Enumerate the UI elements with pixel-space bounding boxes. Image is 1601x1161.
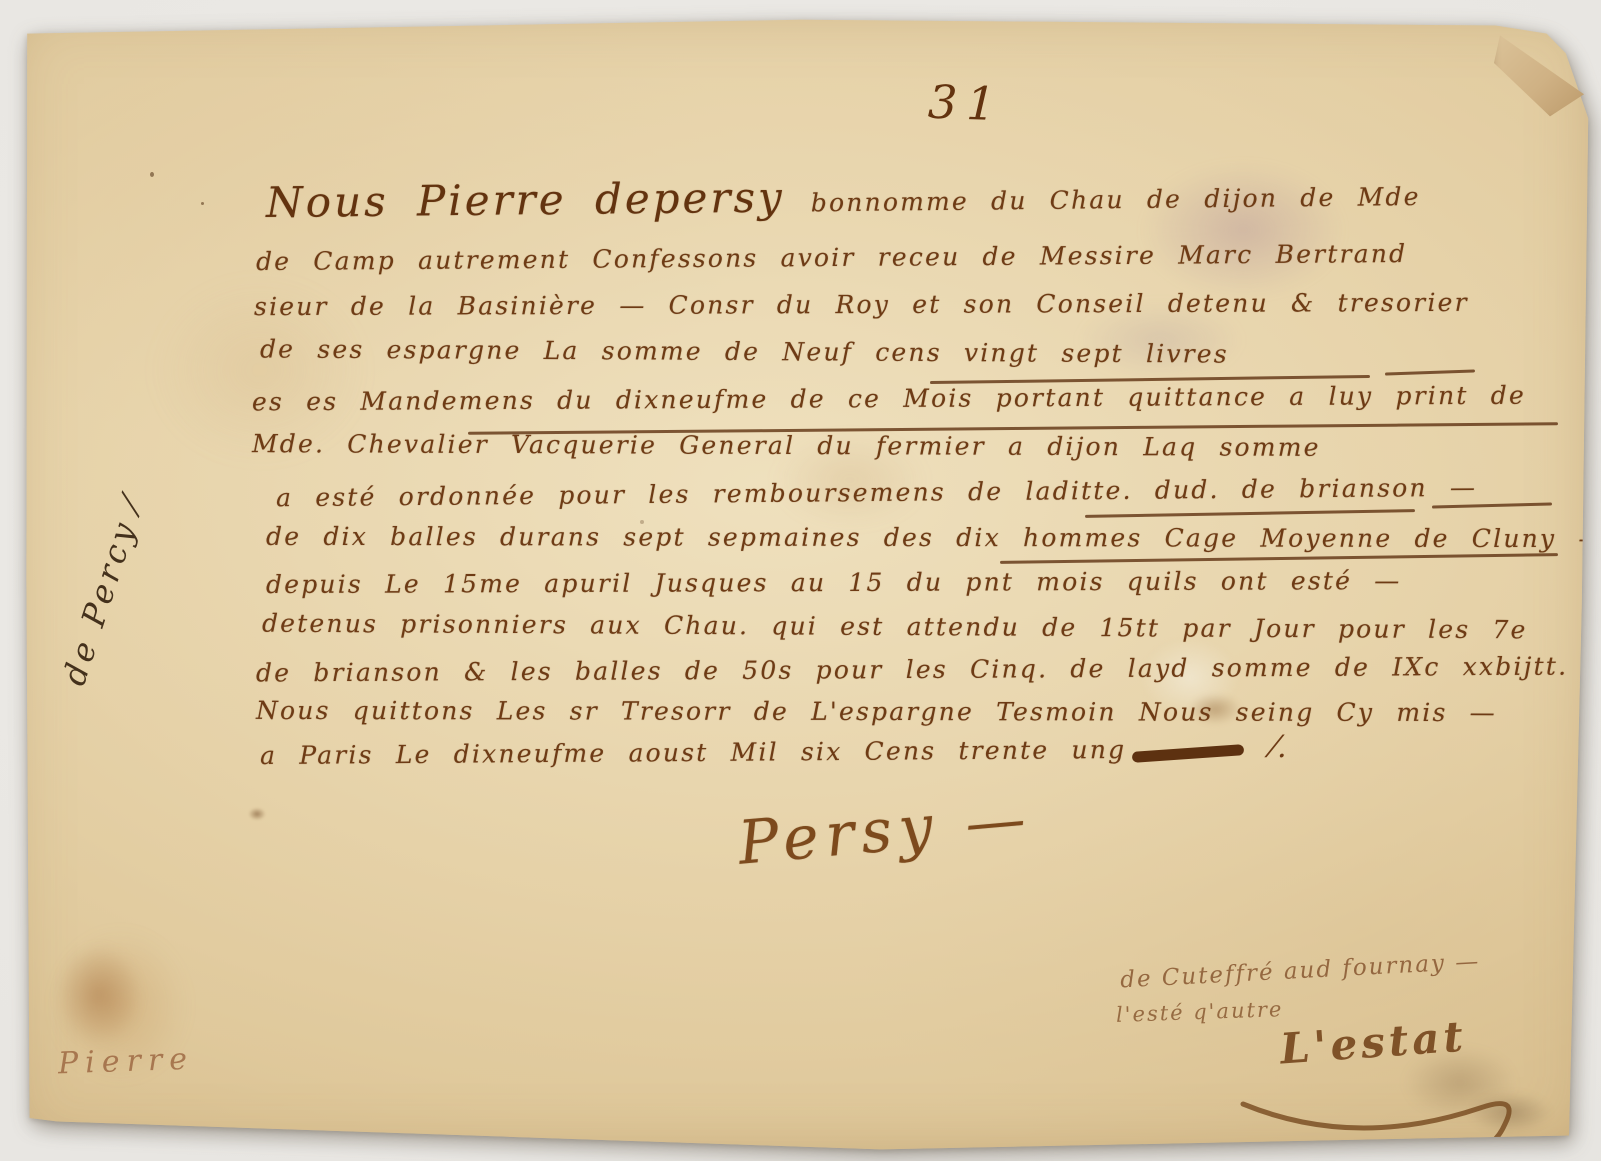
manuscript-line: Nous quittons Les sr Tresorr de L'esparg… [256, 696, 1497, 727]
bottom-left-name: Pierre [57, 1042, 194, 1082]
manuscript-line: Mde. Chevalier Vacquerie General du ferm… [252, 429, 1321, 462]
manuscript-line: de ses espargne La somme de Neuf cens vi… [260, 334, 1229, 368]
margin-vertical-note: de Percy ⁄ [34, 428, 172, 754]
docket-line-2: l'esté q'autre [1116, 997, 1284, 1027]
opening-words: Nous Pierre depersy [266, 173, 785, 227]
underline-stroke [1432, 502, 1552, 508]
manuscript-line: de brianson & les balles de 50s pour les… [256, 652, 1568, 688]
closing-mark: ⁄. [1272, 730, 1287, 765]
photo-backdrop: 31 Nous Pierre depersybonnomme du Chau d… [0, 0, 1601, 1161]
manuscript-line: de Camp autrement Confessons avoir receu… [256, 239, 1408, 276]
manuscript-sheet-wrap: 31 Nous Pierre depersybonnomme du Chau d… [0, 0, 1601, 1161]
opening-rest: bonnomme du Chau de dijon de Mde [811, 182, 1421, 217]
stain [246, 806, 268, 822]
page-number: 31 [927, 75, 1005, 132]
manuscript-line: depuis Le 15me apuril Jusques au 15 du p… [266, 566, 1402, 599]
manuscript-line: sieur de la Basinière — Consr du Roy et … [254, 288, 1469, 321]
closing-dash [1132, 744, 1244, 763]
manuscript-line: es es Mandemens du dixneufme de ce Mois … [252, 381, 1526, 417]
underline-stroke [1085, 509, 1415, 518]
manuscript-sheet: 31 Nous Pierre depersybonnomme du Chau d… [0, 0, 1601, 1161]
signature-flourish-icon [1235, 1062, 1535, 1161]
stain [44, 930, 154, 1060]
manuscript-line-opening: Nous Pierre depersybonnomme du Chau de d… [266, 166, 1421, 227]
manuscript-line: detenus prisonniers aux Chau. qui est at… [262, 609, 1528, 645]
underline-stroke [1385, 369, 1475, 375]
ink-speck [150, 172, 154, 177]
manuscript-line: a Paris Le dixneufme aoust Mil six Cens … [260, 735, 1126, 770]
ink-speck [201, 202, 204, 205]
underline-stroke [1000, 553, 1558, 564]
docket-line-1: de Cuteffré aud fournay — [1120, 949, 1481, 994]
persy-signature: Persy — [736, 783, 1036, 878]
manuscript-line: de dix balles durans sept sepmaines des … [266, 522, 1601, 553]
manuscript-line: a esté ordonnée pour les remboursemens d… [276, 473, 1477, 512]
